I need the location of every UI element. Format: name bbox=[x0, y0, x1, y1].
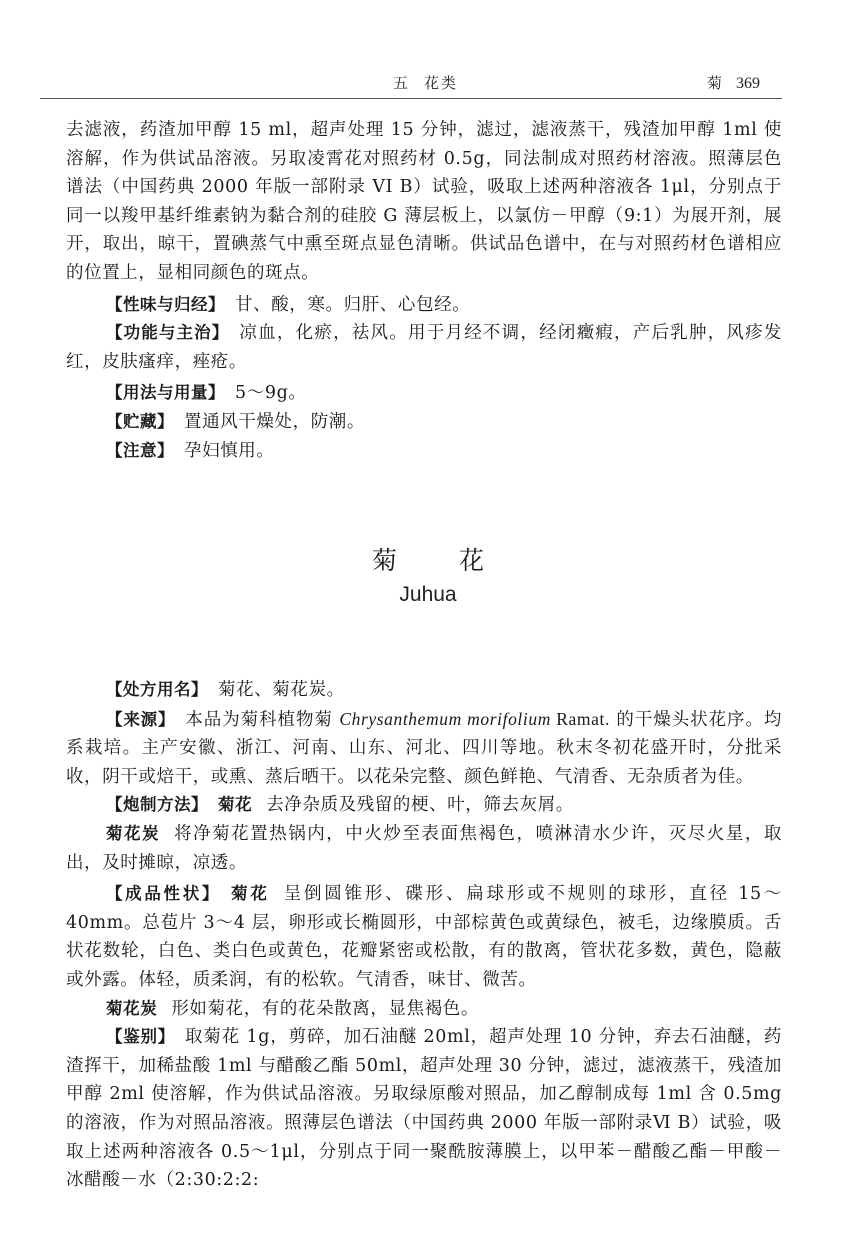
item-name: 菊花 bbox=[218, 795, 252, 814]
section-text: 孕妇慎用。 bbox=[184, 441, 275, 461]
item-text: 将净菊花置热锅内，中火炒至表面焦褐色，喷淋清水少许，灭尽火星，取出，及时摊晾，凉… bbox=[66, 824, 782, 873]
section-text: 菊花、菊花炭。 bbox=[218, 680, 345, 700]
author-citation: Ramat. bbox=[551, 709, 610, 729]
item-text: 去净杂质及残留的梗、叶，筛去灰屑。 bbox=[266, 795, 574, 815]
item-name: 菊花炭 bbox=[106, 824, 160, 843]
paragraph-source: 【来源】本品为菊科植物菊 Chrysanthemum morifolium Ra… bbox=[66, 705, 782, 792]
page-number: 369 bbox=[736, 75, 760, 92]
section-text: 甘、酸，寒。归肝、心包经。 bbox=[235, 295, 470, 315]
section-label: 【贮藏】 bbox=[106, 412, 174, 431]
item-name: 菊花 bbox=[231, 884, 270, 903]
section-text: 置通风干燥处，防潮。 bbox=[184, 412, 365, 432]
paragraph-properties-juhua: 【成品性状】菊花呈倒圆锥形、碟形、扁球形或不规则的球形，直径 15～40mm。总… bbox=[66, 880, 782, 994]
section-label: 【来源】 bbox=[106, 710, 175, 729]
paragraph-processing-juhua: 【炮制方法】菊花去净杂质及残留的梗、叶，筛去灰屑。 bbox=[66, 791, 782, 820]
entry-body: 【处方用名】菊花、菊花炭。 【来源】本品为菊科植物菊 Chrysanthemum… bbox=[66, 676, 782, 1195]
paragraph-storage: 【贮藏】置通风干燥处，防潮。 bbox=[66, 408, 782, 437]
paragraph-properties-juhuatan: 菊花炭形如菊花，有的花朵散离，显焦褐色。 bbox=[66, 995, 782, 1024]
entry-title-char-1: 菊 bbox=[372, 546, 397, 575]
section-label: 【功能与主治】 bbox=[106, 323, 229, 342]
paragraph-nature-meridian: 【性味与归经】甘、酸，寒。归肝、心包经。 bbox=[66, 291, 782, 320]
section-label: 【鉴别】 bbox=[106, 1027, 175, 1046]
entry-pinyin: Juhua bbox=[0, 583, 856, 607]
item-name: 菊花炭 bbox=[106, 999, 157, 1018]
entry-title-char-2: 花 bbox=[459, 546, 484, 575]
item-text: 形如菊花，有的花朵散离，显焦褐色。 bbox=[171, 999, 479, 1019]
paragraph-function-indication: 【功能与主治】凉血，化瘀，祛风。用于月经不调，经闭癥瘕，产后乳肿，风疹发红，皮肤… bbox=[66, 319, 782, 376]
running-header: 五花类 菊369 bbox=[40, 66, 782, 99]
section-label: 【成品性状】 bbox=[106, 884, 221, 903]
paragraph-identification-continued: 去滤液，药渣加甲醇 15 ml，超声处理 15 分钟，滤过，滤液蒸干，残渣加甲醇… bbox=[66, 116, 782, 288]
paragraph-prescription-names: 【处方用名】菊花、菊花炭。 bbox=[66, 676, 782, 705]
previous-entry-continuation: 去滤液，药渣加甲醇 15 ml，超声处理 15 分钟，滤过，滤液蒸干，残渣加甲醇… bbox=[66, 116, 782, 465]
running-head-entry: 菊 bbox=[707, 74, 722, 92]
section-heading: 五花类 bbox=[393, 72, 458, 93]
paragraph-processing-juhuatan: 菊花炭将净菊花置热锅内，中火炒至表面焦褐色，喷淋清水少许，灭尽火星，取出，及时摊… bbox=[66, 820, 782, 877]
paragraph-dosage: 【用法与用量】5～9g。 bbox=[66, 379, 782, 408]
section-text: 5～9g。 bbox=[235, 383, 306, 403]
entry-title: 菊花 bbox=[0, 541, 856, 577]
section-label: 【注意】 bbox=[106, 441, 174, 460]
latin-name: Chrysanthemum morifolium bbox=[339, 709, 551, 729]
section-text: 取菊花 1g，剪碎，加石油醚 20ml，超声处理 10 分钟，弃去石油醚，药渣挥… bbox=[66, 1027, 782, 1190]
source-text-1: 本品为菊科植物菊 bbox=[185, 710, 339, 730]
section-number: 五 bbox=[393, 74, 410, 92]
section-label: 【性味与归经】 bbox=[106, 295, 225, 314]
section-label: 【处方用名】 bbox=[106, 680, 208, 699]
paragraph-caution: 【注意】孕妇慎用。 bbox=[66, 437, 782, 466]
section-label: 【炮制方法】 bbox=[106, 795, 208, 814]
section-title: 花类 bbox=[424, 74, 458, 92]
section-label: 【用法与用量】 bbox=[106, 383, 225, 402]
running-head-right: 菊369 bbox=[707, 72, 760, 93]
paragraph-identification: 【鉴别】取菊花 1g，剪碎，加石油醚 20ml，超声处理 10 分钟，弃去石油醚… bbox=[66, 1023, 782, 1195]
